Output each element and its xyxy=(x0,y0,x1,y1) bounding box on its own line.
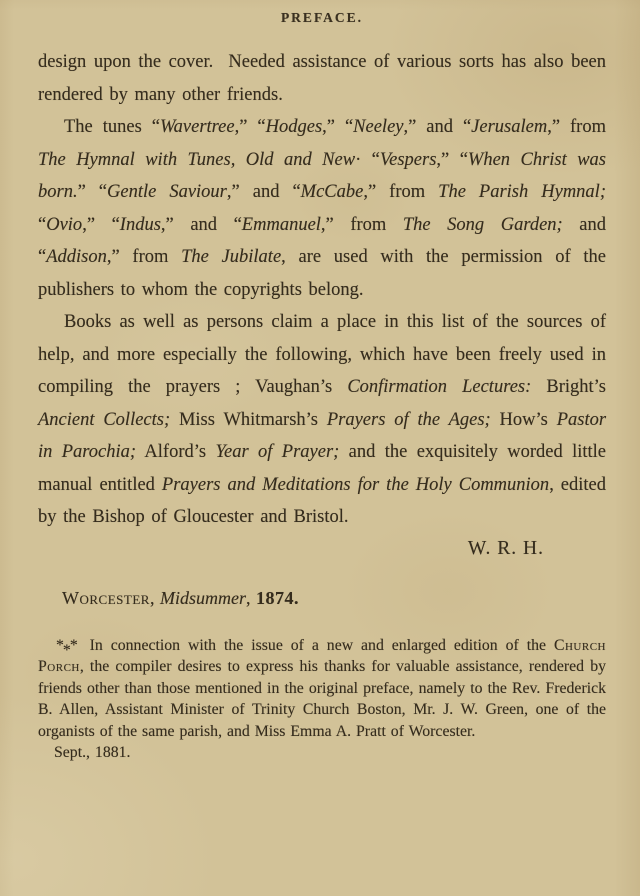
page-title: PREFACE. xyxy=(38,10,606,26)
text-segment: Ancient Collects; xyxy=(38,410,170,430)
text-segment: ,” “ xyxy=(82,215,120,235)
text-segment: ,” and “ xyxy=(161,215,242,235)
paragraph: The tunes “Wavertree,” “Hodges,” “Neeley… xyxy=(38,111,606,306)
text-segment: Bright’s xyxy=(531,377,606,397)
text-segment: , xyxy=(150,588,160,608)
text-segment: The Jubilate xyxy=(181,247,281,267)
text-segment: · “ xyxy=(355,150,380,170)
text-segment: ,” from xyxy=(321,215,403,235)
footnote: *** In connection with the issue of a ne… xyxy=(38,635,606,765)
text-segment: ,” from xyxy=(107,247,181,267)
text-segment: ,” from xyxy=(547,117,606,137)
text-segment: 1874. xyxy=(256,588,299,608)
text-segment: The Song Garden; xyxy=(403,215,563,235)
text-segment: Confirmation Lectures: xyxy=(347,377,531,397)
text-segment: Ovio xyxy=(46,215,82,235)
page-body: design upon the cover. Needed assistance… xyxy=(38,46,606,534)
text-segment: Jerusalem xyxy=(471,117,547,137)
footnote-text: *** In connection with the issue of a ne… xyxy=(38,635,606,743)
text-segment: Year of Prayer; xyxy=(215,442,339,462)
text-segment: ,” “ xyxy=(322,117,353,137)
text-segment: Alford’s xyxy=(136,442,215,462)
text-segment: ,” from xyxy=(363,182,438,202)
text-segment: “ xyxy=(38,215,46,235)
text-segment: Vespers xyxy=(380,150,437,170)
text-segment: Emmanuel xyxy=(242,215,321,235)
text-segment: Neeley xyxy=(353,117,403,137)
text-segment: The tunes “ xyxy=(64,117,160,137)
text-segment: Indus xyxy=(120,215,161,235)
text-segment: Wavertree xyxy=(160,117,235,137)
text-segment: Hodges xyxy=(266,117,323,137)
text-segment: The Hymnal with Tunes, Old and New xyxy=(38,150,355,170)
footnote-mark: *** xyxy=(56,637,77,654)
asterisk-icon: * xyxy=(63,642,70,659)
dateline: Worcester, Midsummer, 1874. xyxy=(62,588,606,609)
text-segment: Prayers and Meditations for the Holy Com… xyxy=(162,475,549,495)
text-segment: ,” and “ xyxy=(227,182,301,202)
text-segment: In connection with the issue of a new an… xyxy=(82,637,554,654)
text-segment: Worcester xyxy=(62,588,150,608)
text-segment: Gentle Saviour xyxy=(107,182,227,202)
signature-initials: W. R. H. xyxy=(38,538,544,560)
text-segment: Prayers of the Ages; xyxy=(327,410,491,430)
text-segment: ” “ xyxy=(78,182,107,202)
footnote-date: Sept., 1881. xyxy=(38,742,606,764)
text-segment: How’s xyxy=(491,410,557,430)
paragraph: Books as well as persons claim a place i… xyxy=(38,306,606,534)
text-segment: McCabe xyxy=(301,182,364,202)
text-segment: Miss Whitmarsh’s xyxy=(170,410,327,430)
book-page: PREFACE. design upon the cover. Needed a… xyxy=(0,0,640,764)
text-segment: ,” “ xyxy=(436,150,468,170)
text-segment: Midsummer xyxy=(160,588,246,608)
text-segment: ,” and “ xyxy=(404,117,472,137)
paragraph: design upon the cover. Needed assistance… xyxy=(38,46,606,111)
text-segment: , the compiler desires to express his th… xyxy=(38,658,606,740)
text-segment: The Parish Hymnal; xyxy=(438,182,606,202)
asterisk-icon: * xyxy=(56,637,63,654)
text-segment: design upon the cover. Needed assistance… xyxy=(38,52,606,105)
text-segment: , xyxy=(246,588,256,608)
text-segment: ,” “ xyxy=(235,117,266,137)
asterisk-icon: * xyxy=(70,637,77,654)
text-segment: Addison xyxy=(46,247,107,267)
